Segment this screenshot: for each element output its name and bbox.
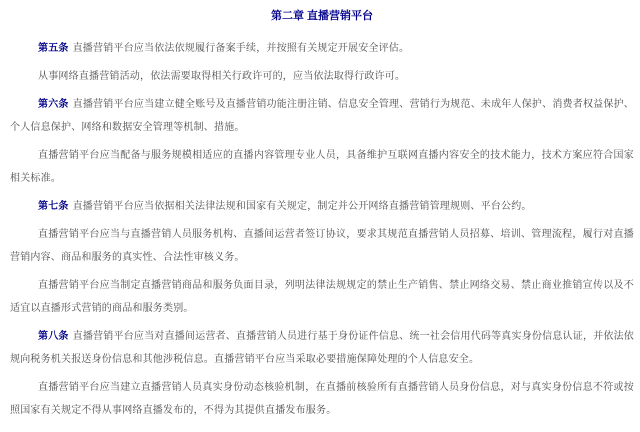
paragraph-text: 直播营销平台应当配备与服务规模相适应的直播内容管理专业人员，具备维护互联网直播内… xyxy=(10,150,634,184)
paragraph-article-6: 第六条直播营销平台应当建立健全账号及直播营销功能注册注销、信息安全管理、营销行为… xyxy=(10,93,634,139)
paragraph-text: 直播营销平台应当依法依规履行备案手续，并按照有关规定开展安全评估。 xyxy=(73,43,410,54)
article-number: 第六条 xyxy=(38,99,69,110)
paragraph-text: 直播营销平台应当制定直播营销商品和服务负面目录，列明法律法规规定的禁止生产销售、… xyxy=(10,280,634,314)
paragraph-text: 直播营销平台应当与直播营销人员服务机构、直播间运营者签订协议，要求其规范直播营销… xyxy=(10,229,634,263)
paragraph-article-8: 第八条直播营销平台应当对直播间运营者、直播营销人员进行基于身份证件信息、统一社会… xyxy=(10,325,634,371)
paragraph: 直播营销平台应当建立直播营销人员真实身份动态核验机制，在直播前核验所有直播营销人… xyxy=(10,376,634,422)
paragraph: 从事网络直播营销活动，依法需要取得相关行政许可的，应当依法取得行政许可。 xyxy=(10,65,634,88)
paragraph-text: 直播营销平台应当建立直播营销人员真实身份动态核验机制，在直播前核验所有直播营销人… xyxy=(10,382,634,416)
paragraph: 直播营销平台应当配备与服务规模相适应的直播内容管理专业人员，具备维护互联网直播内… xyxy=(10,144,634,190)
paragraph: 直播营销平台应当与直播营销人员服务机构、直播间运营者签订协议，要求其规范直播营销… xyxy=(10,223,634,269)
article-number: 第八条 xyxy=(38,331,69,342)
article-number: 第七条 xyxy=(38,201,69,212)
paragraph-text: 直播营销平台应当对直播间运营者、直播营销人员进行基于身份证件信息、统一社会信用代… xyxy=(10,331,634,365)
chapter-title: 第二章 直播营销平台 xyxy=(10,5,634,27)
paragraph-article-5: 第五条直播营销平台应当依法依规履行备案手续，并按照有关规定开展安全评估。 xyxy=(10,37,634,60)
document-page: 第二章 直播营销平台 第五条直播营销平台应当依法依规履行备案手续，并按照有关规定… xyxy=(0,0,640,432)
article-number: 第五条 xyxy=(38,43,69,54)
paragraph-text: 直播营销平台应当依据相关法律法规和国家有关规定，制定并公开网络直播营销管理规则、… xyxy=(73,201,532,212)
paragraph-article-7: 第七条直播营销平台应当依据相关法律法规和国家有关规定，制定并公开网络直播营销管理… xyxy=(10,195,634,218)
paragraph-text: 直播营销平台应当建立健全账号及直播营销功能注册注销、信息安全管理、营销行为规范、… xyxy=(10,99,634,133)
paragraph-text: 从事网络直播营销活动，依法需要取得相关行政许可的，应当依法取得行政许可。 xyxy=(38,71,405,82)
paragraph: 直播营销平台应当制定直播营销商品和服务负面目录，列明法律法规规定的禁止生产销售、… xyxy=(10,274,634,320)
